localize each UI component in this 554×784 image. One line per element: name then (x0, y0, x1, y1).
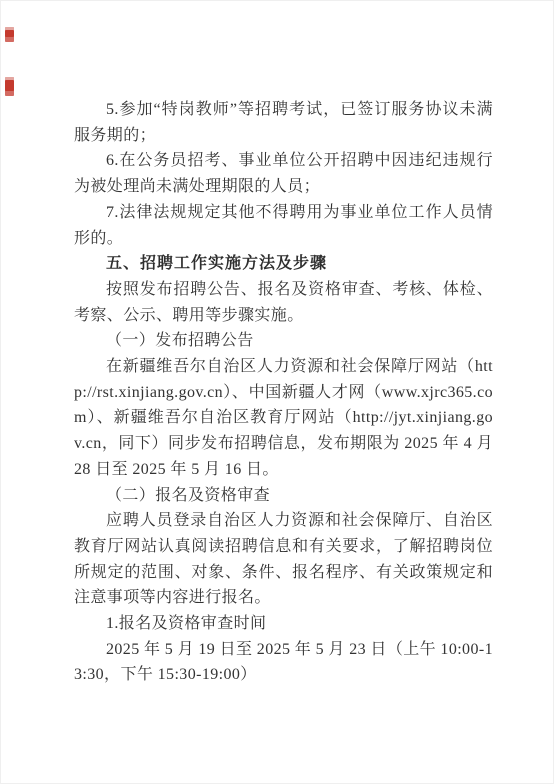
document-body: 5.参加“特岗教师”等招聘考试，已签订服务协议未满服务期的； 6.在公务员招考、… (74, 97, 493, 688)
subsection-heading-registration: （二）报名及资格审查 (74, 483, 493, 509)
red-annotation-mark-icon (5, 77, 14, 96)
section-heading: 五、招聘工作实施方法及步骤 (74, 251, 493, 277)
paragraph-item-6: 6.在公务员招考、事业单位公开招聘中因违纪违规行为被处理尚未满处理期限的人员； (74, 148, 493, 199)
paragraph-registration-time-label: 1.报名及资格审查时间 (74, 611, 493, 637)
paragraph-item-7: 7.法律法规规定其他不得聘用为事业单位工作人员情形的。 (74, 200, 493, 251)
paragraph-announcement-websites: 在新疆维吾尔自治区人力资源和社会保障厅网站（http://rst.xinjian… (74, 354, 493, 483)
document-page: 5.参加“特岗教师”等招聘考试，已签订服务协议未满服务期的； 6.在公务员招考、… (0, 0, 554, 784)
red-annotation-mark-icon (5, 27, 14, 42)
paragraph-registration-dates: 2025 年 5 月 19 日至 2025 年 5 月 23 日（上午 10:0… (74, 637, 493, 688)
paragraph-item-5: 5.参加“特岗教师”等招聘考试，已签订服务协议未满服务期的； (74, 97, 493, 148)
subsection-heading-announcement: （一）发布招聘公告 (74, 328, 493, 354)
paragraph-registration-instructions: 应聘人员登录自治区人力资源和社会保障厅、自治区教育厅网站认真阅读招聘信息和有关要… (74, 508, 493, 611)
paragraph-steps-overview: 按照发布招聘公告、报名及资格审查、考核、体检、考察、公示、聘用等步骤实施。 (74, 277, 493, 328)
